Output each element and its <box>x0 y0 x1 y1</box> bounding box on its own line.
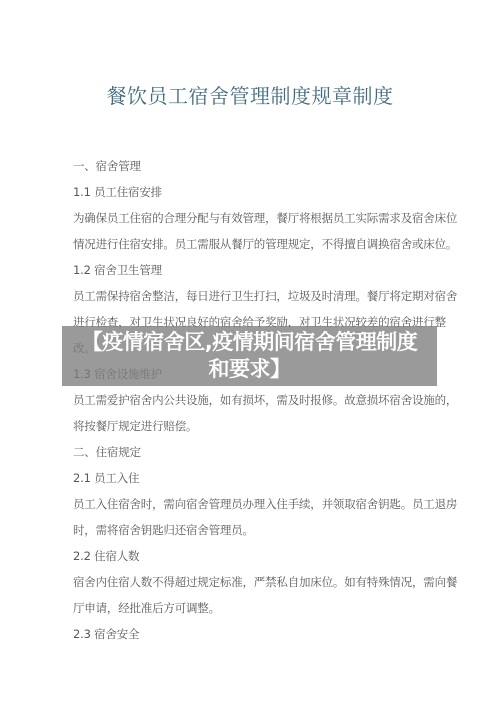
paragraph-line: 员工需爱护宿舍内公共设施，如有损坏，需及时报修。故意损坏宿舍设施的， <box>73 387 473 413</box>
paragraph-line: 宿舍内住宿人数不得超过规定标准，严禁私自加床位。如有特殊情况，需向餐 <box>73 569 473 595</box>
sub-heading: 2.3 宿舍安全 <box>73 621 473 647</box>
caption-line: 【疫情宿舍区,疫情期间宿舍管理制度 <box>82 329 417 356</box>
sub-heading: 1.1 员工住宿安排 <box>73 179 473 205</box>
paragraph-line: 将按餐厅规定进行赔偿。 <box>73 413 473 439</box>
sub-heading: 2.2 住宿人数 <box>73 543 473 569</box>
paragraph-line: 时，需将宿舍钥匙归还宿舍管理员。 <box>73 517 473 543</box>
document-title: 餐饮员工宿舍管理制度规章制度 <box>0 80 500 109</box>
section-heading: 二、住宿规定 <box>73 439 473 465</box>
caption-overlay: 【疫情宿舍区,疫情期间宿舍管理制度和要求】 <box>62 326 437 386</box>
sub-heading: 1.2 宿舍卫生管理 <box>73 257 473 283</box>
document-page: 餐饮员工宿舍管理制度规章制度 一、宿舍管理1.1 员工住宿安排为确保员工住宿的合… <box>0 0 500 706</box>
paragraph-line: 员工入住宿舍时，需向宿舍管理员办理入住手续，并领取宿舍钥匙。员工退房 <box>73 491 473 517</box>
sub-heading: 2.1 员工入住 <box>73 465 473 491</box>
paragraph-line: 情况进行住宿安排。员工需服从餐厅的管理规定，不得擅自调换宿舍或床位。 <box>73 231 473 257</box>
paragraph-line: 厅申请，经批准后方可调整。 <box>73 595 473 621</box>
section-heading: 一、宿舍管理 <box>73 153 473 179</box>
paragraph-line: 员工需保持宿舍整洁，每日进行卫生打扫，垃圾及时清理。餐厅将定期对宿舍 <box>73 283 473 309</box>
caption-line: 和要求】 <box>209 356 291 383</box>
document-body: 一、宿舍管理1.1 员工住宿安排为确保员工住宿的合理分配与有效管理，餐厅将根据员… <box>73 153 473 647</box>
paragraph-line: 为确保员工住宿的合理分配与有效管理，餐厅将根据员工实际需求及宿舍床位 <box>73 205 473 231</box>
